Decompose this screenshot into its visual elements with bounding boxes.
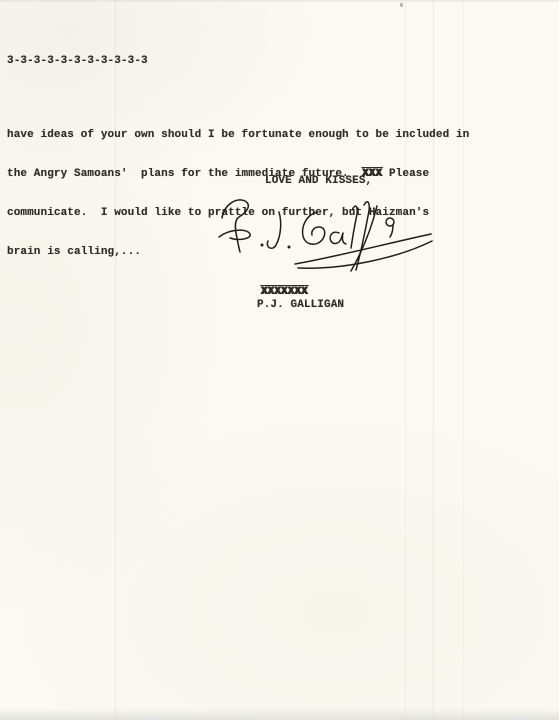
signature-ink-icon	[205, 194, 440, 286]
closing-salutation: LOVE AND KISSES,	[265, 175, 372, 188]
scan-edge-shadow-bottom	[0, 708, 559, 720]
scanned-letter-page: 3-3-3-3-3-3-3-3-3-3-3 have ideas of your…	[0, 0, 559, 720]
struck-out-typed-name: XXXXXXX	[261, 286, 308, 299]
handwritten-signature	[205, 194, 440, 286]
scan-artifact-speck	[400, 3, 403, 7]
scan-edge-shadow-top	[0, 0, 559, 3]
body-line-text: Please	[382, 168, 429, 180]
typed-signature-name: P.J. GALLIGAN	[257, 299, 344, 312]
body-line: have ideas of your own should I be fortu…	[7, 129, 469, 142]
body-line: the Angry Samoans' plans for the immedia…	[7, 168, 469, 181]
page-number-line: 3-3-3-3-3-3-3-3-3-3-3	[7, 55, 148, 68]
